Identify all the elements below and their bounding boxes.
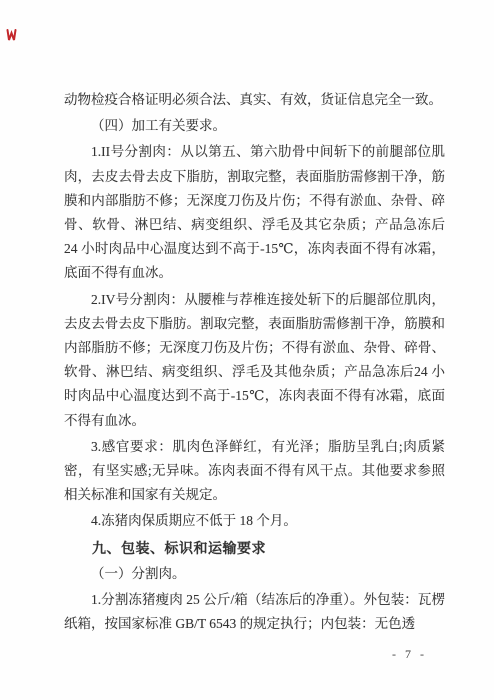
document-body: 动物检疫合格证明必须合法、真实、有效，货证信息完全一致。（四）加工有关要求。1.… xyxy=(64,88,445,636)
paragraph: 九、包装、标识和运输要求 xyxy=(64,536,445,560)
paragraph: 动物检疫合格证明必须合法、真实、有效，货证信息完全一致。 xyxy=(64,88,445,112)
paragraph: 1.II号分割肉：从以第五、第六肋骨中间斩下的前腿部位肌肉，去皮去骨去皮下脂肪，… xyxy=(64,140,445,285)
page-number: - 7 - xyxy=(392,647,427,662)
paragraph: 3.感官要求：肌肉色泽鲜红，有光泽；脂肪呈乳白;肉质紧密，有坚实感;无异味。冻肉… xyxy=(64,435,445,508)
paragraph: （一）分割肉。 xyxy=(64,562,445,586)
red-mark-icon xyxy=(6,28,17,42)
paragraph: 2.IV号分割肉：从腰椎与荐椎连接处斩下的后腿部位肌肉，去皮去骨去皮下脂肪。割取… xyxy=(64,288,445,433)
paragraph: 4.冻猪肉保质期应不低于 18 个月。 xyxy=(64,509,445,533)
document-page: 动物检疫合格证明必须合法、真实、有效，货证信息完全一致。（四）加工有关要求。1.… xyxy=(0,0,494,700)
paragraph: （四）加工有关要求。 xyxy=(64,114,445,138)
paragraph: 1.分割冻猪瘦肉 25 公斤/箱（结冻后的净重）。外包装：瓦楞纸箱，按国家标准 … xyxy=(64,588,445,636)
